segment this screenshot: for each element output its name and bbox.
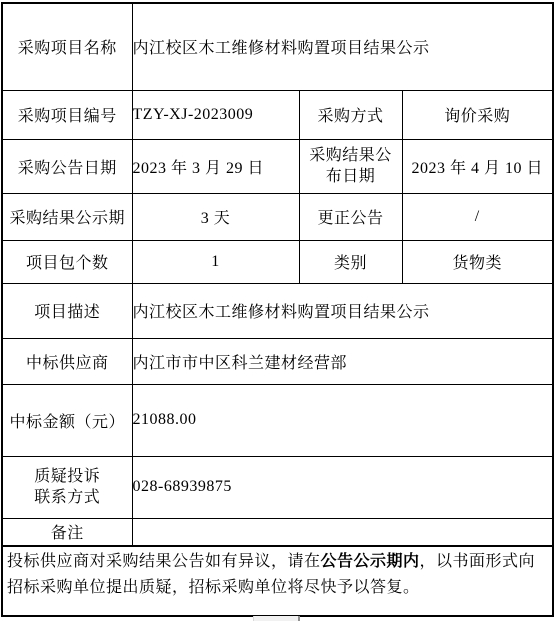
field-label-announcement-date: 采购公告日期 [2,139,132,193]
field-label-remarks: 备注 [2,518,132,546]
field-label-project-number: 采购项目编号 [2,90,132,139]
field-label-complaint-contact: 质疑投诉 联系方式 [2,456,132,518]
field-value-result-publicity-period: 3 天 [132,193,299,240]
field-label-result-publish-date: 采购结果公 布日期 [299,139,402,193]
table-row: 备注 [2,518,553,546]
table-row: 质疑投诉 联系方式 028-68939875 [2,456,553,518]
field-value-procurement-method: 询价采购 [402,90,553,139]
field-label-project-name: 采购项目名称 [2,3,132,90]
field-label-correction-notice: 更正公告 [299,193,402,240]
table-row: 项目包个数 1 类别 货物类 [2,240,553,283]
field-label-winning-supplier: 中标供应商 [2,338,132,384]
table-row: 中标金额（元） 21088.00 [2,384,553,456]
table-row: 采购项目名称 内江校区木工维修材料购置项目结果公示 [2,3,553,90]
field-value-correction-notice: / [402,193,553,240]
footer-note-bold-text: 公告公示期内 [321,553,420,570]
field-value-category: 货物类 [402,240,553,283]
field-value-announcement-date: 2023 年 3 月 29 日 [132,139,299,193]
field-label-winning-amount: 中标金额（元） [2,384,132,456]
procurement-result-document: 采购项目名称 内江校区木工维修材料购置项目结果公示 采购项目编号 TZY-XJ-… [0,0,557,621]
field-value-remarks [132,518,553,546]
footer-note-text: 投标供应商对采购结果公告如有异议，请在 [7,553,321,570]
procurement-result-table: 采购项目名称 内江校区木工维修材料购置项目结果公示 采购项目编号 TZY-XJ-… [1,2,554,617]
table-row: 采购公告日期 2023 年 3 月 29 日 采购结果公 布日期 2023 年 … [2,139,553,193]
table-row: 采购结果公示期 3 天 更正公告 / [2,193,553,240]
field-value-package-count: 1 [132,240,299,283]
footer-note: 投标供应商对采购结果公告如有异议，请在公告公示期内，以书面形式向招标采购单位提出… [2,546,553,616]
field-label-category: 类别 [299,240,402,283]
table-row: 中标供应商 内江市市中区科兰建材经营部 [2,338,553,384]
table-row: 投标供应商对采购结果公告如有异议，请在公告公示期内，以书面形式向招标采购单位提出… [2,546,553,616]
field-value-project-name: 内江校区木工维修材料购置项目结果公示 [132,3,553,90]
field-label-procurement-method: 采购方式 [299,90,402,139]
field-label-package-count: 项目包个数 [2,240,132,283]
field-label-result-publicity-period: 采购结果公示期 [2,193,132,240]
field-value-result-publish-date: 2023 年 4 月 10 日 [402,139,553,193]
table-row: 采购项目编号 TZY-XJ-2023009 采购方式 询价采购 [2,90,553,139]
field-label-project-description: 项目描述 [2,283,132,338]
field-value-project-description: 内江校区木工维修材料购置项目结果公示 [132,283,553,338]
table-row: 项目描述 内江校区木工维修材料购置项目结果公示 [2,283,553,338]
cropped-ui-fragment [253,616,300,621]
field-value-winning-amount: 21088.00 [132,384,553,456]
field-value-winning-supplier: 内江市市中区科兰建材经营部 [132,338,553,384]
field-value-complaint-contact: 028-68939875 [132,456,553,518]
field-value-project-number: TZY-XJ-2023009 [132,90,299,139]
